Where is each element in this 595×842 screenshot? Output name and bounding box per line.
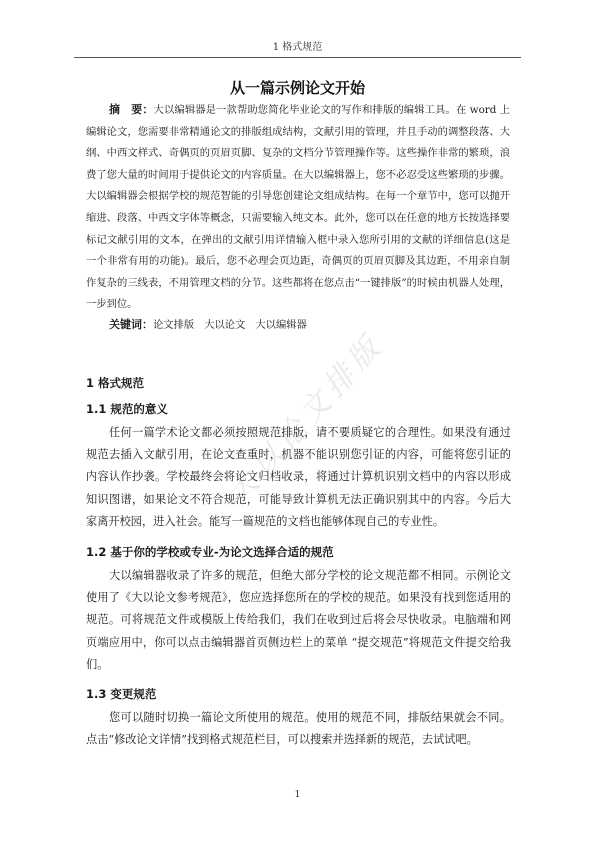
- paragraph-1-2: 大以编辑器收录了许多的规范，但绝大部分学校的论文规范都不相同。示例论文使用了《大…: [86, 565, 511, 676]
- keyword-item: 大以编辑器: [255, 319, 306, 331]
- paragraph-1-3: 您可以随时切换一篇论文所使用的规范。使用的规范不同，排版结果就会不同。点击“修改…: [86, 707, 511, 751]
- section-heading-1: 1 格式规范: [86, 375, 144, 391]
- section-heading-1-3: 1.3 变更规范: [86, 686, 156, 702]
- abstract-label: 摘 要：: [109, 103, 154, 116]
- keywords: 关键词：论文排版大以论文大以编辑器: [109, 316, 317, 332]
- abstract: 摘 要：大以编辑器是一款帮助您简化毕业论文的写作和排版的编辑工具。在 word …: [86, 99, 510, 316]
- document-title: 从一篇示例论文开始: [74, 77, 521, 98]
- keyword-item: 大以论文: [204, 319, 245, 331]
- keyword-item: 论文排版: [153, 319, 194, 331]
- section-heading-1-2: 1.2 基于你的学校或专业-为论文选择合适的规范: [86, 544, 334, 560]
- abstract-text: 大以编辑器是一款帮助您简化毕业论文的写作和排版的编辑工具。在 word 上编辑论…: [86, 104, 510, 310]
- page-number: 1: [0, 790, 595, 800]
- running-header: 1 格式规范: [74, 38, 521, 58]
- keywords-label: 关键词：: [109, 318, 153, 331]
- paragraph-1-1: 任何一篇学术论文都必须按照规范排版，请不要质疑它的合理性。如果没有通过规范去插入…: [86, 422, 511, 533]
- section-heading-1-1: 1.1 规范的意义: [86, 401, 168, 417]
